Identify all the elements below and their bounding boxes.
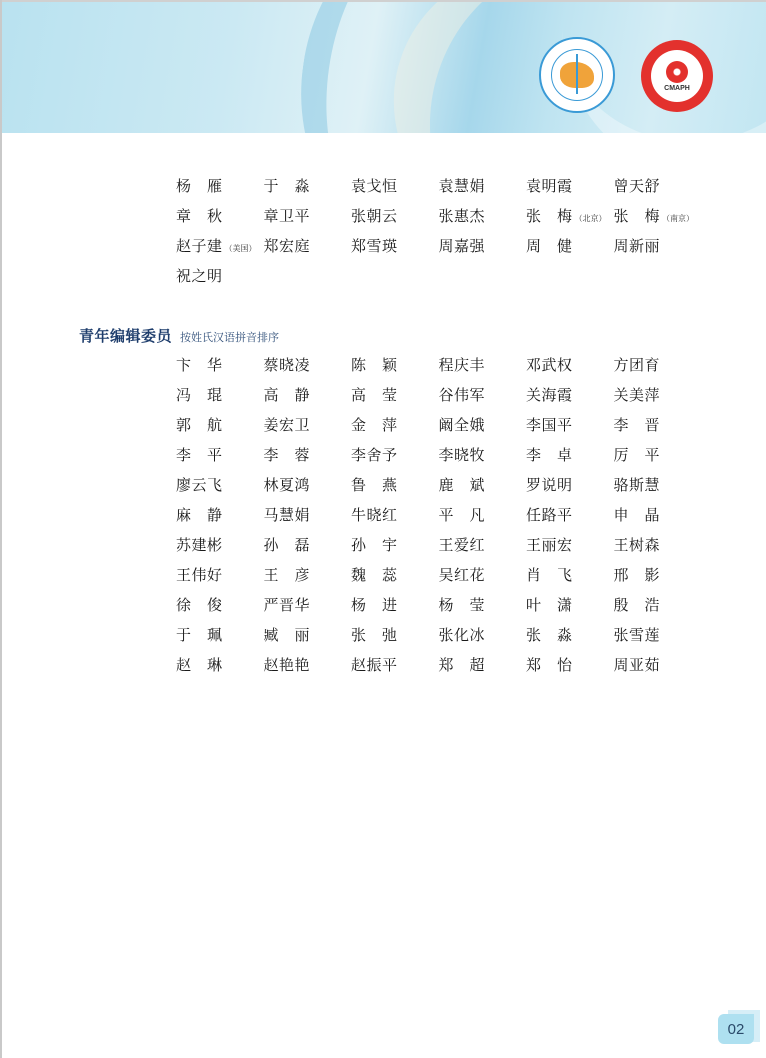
member-name: 高 莹 [351,380,439,410]
member-name: 郑雪瑛 [351,231,439,261]
member-name: 于 淼 [264,171,352,201]
member-name: 赵 琳 [176,650,264,680]
member-name: 郭 航 [176,410,264,440]
member-name: 李 晋 [614,410,702,440]
member-name: 李 卓 [526,440,614,470]
member-name: 袁明霞 [526,171,614,201]
member-name: 袁戈恒 [351,171,439,201]
member-location-note: （美国） [225,244,257,253]
member-name: 卞 华 [176,350,264,380]
member-name-text: 周嘉强 [439,237,486,255]
member-name: 程庆丰 [439,350,527,380]
member-name: 骆斯慧 [614,470,702,500]
member-name: 张 淼 [526,620,614,650]
cmaph-label: CMAPH [664,85,690,92]
member-name-text: 赵子建 [176,237,223,255]
page-border-left [0,0,2,1058]
member-name-text: 章卫平 [264,207,311,225]
member-name: 王丽宏 [526,530,614,560]
member-name-text: 周新丽 [614,237,661,255]
member-name: 殷 浩 [614,590,702,620]
member-name: 魏 蕊 [351,560,439,590]
member-name: 叶 潇 [526,590,614,620]
member-name: 关海霞 [526,380,614,410]
member-name: 张 弛 [351,620,439,650]
member-name: 麻 静 [176,500,264,530]
member-location-note: （北京） [575,214,607,223]
member-name-text: 杨 雁 [176,177,223,195]
member-name: 吴红花 [439,560,527,590]
member-name: 赵振平 [351,650,439,680]
member-name-text: 郑宏庭 [264,237,311,255]
young-members-list: 卞 华蔡晓凌陈 颖程庆丰邓武权方团育冯 琨高 静高 莹谷伟军关海霞关美萍郭 航姜… [176,350,701,680]
member-name: 高 静 [264,380,352,410]
member-name: 李 蓉 [264,440,352,470]
member-name: 孙 磊 [264,530,352,560]
flower-emblem-icon [666,61,688,83]
member-name: 牛晓红 [351,500,439,530]
member-name-text: 袁明霞 [526,177,573,195]
member-name: 李舍予 [351,440,439,470]
member-name: 申 晶 [614,500,702,530]
section-heading: 青年编辑委员 按姓氏汉语拼音排序 [79,325,279,346]
member-name: 邓武权 [526,350,614,380]
member-name-text: 张惠杰 [439,207,486,225]
member-name-text: 章 秋 [176,207,223,225]
member-name: 臧 丽 [264,620,352,650]
cmaph-logo-icon: CMAPH [641,40,713,112]
member-name: 李 平 [176,440,264,470]
member-name: 马慧娟 [264,500,352,530]
member-name: 周亚茹 [614,650,702,680]
member-name: 廖云飞 [176,470,264,500]
member-name-text: 袁戈恒 [351,177,398,195]
member-name-text: 郑雪瑛 [351,237,398,255]
member-name: 李国平 [526,410,614,440]
member-name: 张 梅（南京） [614,201,702,231]
member-name: 张朝云 [351,201,439,231]
senior-members-list: 杨 雁于 淼袁戈恒袁慧娟袁明霞曾天舒章 秋章卫平张朝云张惠杰张 梅（北京）张 梅… [176,171,701,291]
member-name: 周新丽 [614,231,702,261]
member-name: 鲁 燕 [351,470,439,500]
member-name: 赵子建（美国） [176,231,264,261]
member-name: 王 彦 [264,560,352,590]
member-name: 任路平 [526,500,614,530]
member-name: 邢 影 [614,560,702,590]
member-name: 章卫平 [264,201,352,231]
member-name: 周 健 [526,231,614,261]
member-name: 方团育 [614,350,702,380]
member-name-text: 周 健 [526,237,573,255]
cma-logo-icon [539,37,615,113]
member-name: 林夏鸿 [264,470,352,500]
member-name: 张惠杰 [439,201,527,231]
member-name: 杨 莹 [439,590,527,620]
member-name: 平 凡 [439,500,527,530]
member-name: 关美萍 [614,380,702,410]
member-name-text: 袁慧娟 [439,177,486,195]
member-name: 王树森 [614,530,702,560]
member-name: 鹿 斌 [439,470,527,500]
member-name: 郑 怡 [526,650,614,680]
member-name: 肖 飞 [526,560,614,590]
member-name: 张 梅（北京） [526,201,614,231]
member-name: 祝之明 [176,261,264,291]
member-name-text: 祝之明 [176,267,223,285]
member-name-text: 于 淼 [264,177,311,195]
member-name: 郑宏庭 [264,231,352,261]
member-name: 冯 琨 [176,380,264,410]
member-name: 严晋华 [264,590,352,620]
member-name: 张化冰 [439,620,527,650]
member-name: 谷伟军 [439,380,527,410]
member-name: 金 萍 [351,410,439,440]
member-name: 郑 超 [439,650,527,680]
member-name: 徐 俊 [176,590,264,620]
staff-of-asclepius-icon [576,54,578,94]
member-name: 章 秋 [176,201,264,231]
member-name: 厉 平 [614,440,702,470]
member-name: 姜宏卫 [264,410,352,440]
section-title: 青年编辑委员 [79,325,172,346]
member-location-note: （南京） [662,214,694,223]
member-name-text: 张朝云 [351,207,398,225]
member-name: 赵艳艳 [264,650,352,680]
member-name: 张雪莲 [614,620,702,650]
member-name: 于 珮 [176,620,264,650]
member-name: 周嘉强 [439,231,527,261]
member-name: 杨 进 [351,590,439,620]
page-number: 02 [718,1014,754,1044]
member-name: 孙 宇 [351,530,439,560]
member-name: 阚全娥 [439,410,527,440]
section-subtitle: 按姓氏汉语拼音排序 [180,329,279,345]
member-name-text: 曾天舒 [614,177,661,195]
member-name: 陈 颖 [351,350,439,380]
member-name: 杨 雁 [176,171,264,201]
member-name: 曾天舒 [614,171,702,201]
member-name-text: 张 梅 [614,207,661,225]
member-name: 王伟好 [176,560,264,590]
member-name: 李晓牧 [439,440,527,470]
member-name: 苏建彬 [176,530,264,560]
member-name: 罗说明 [526,470,614,500]
member-name: 袁慧娟 [439,171,527,201]
member-name: 王爱红 [439,530,527,560]
member-name-text: 张 梅 [526,207,573,225]
member-name: 蔡晓凌 [264,350,352,380]
